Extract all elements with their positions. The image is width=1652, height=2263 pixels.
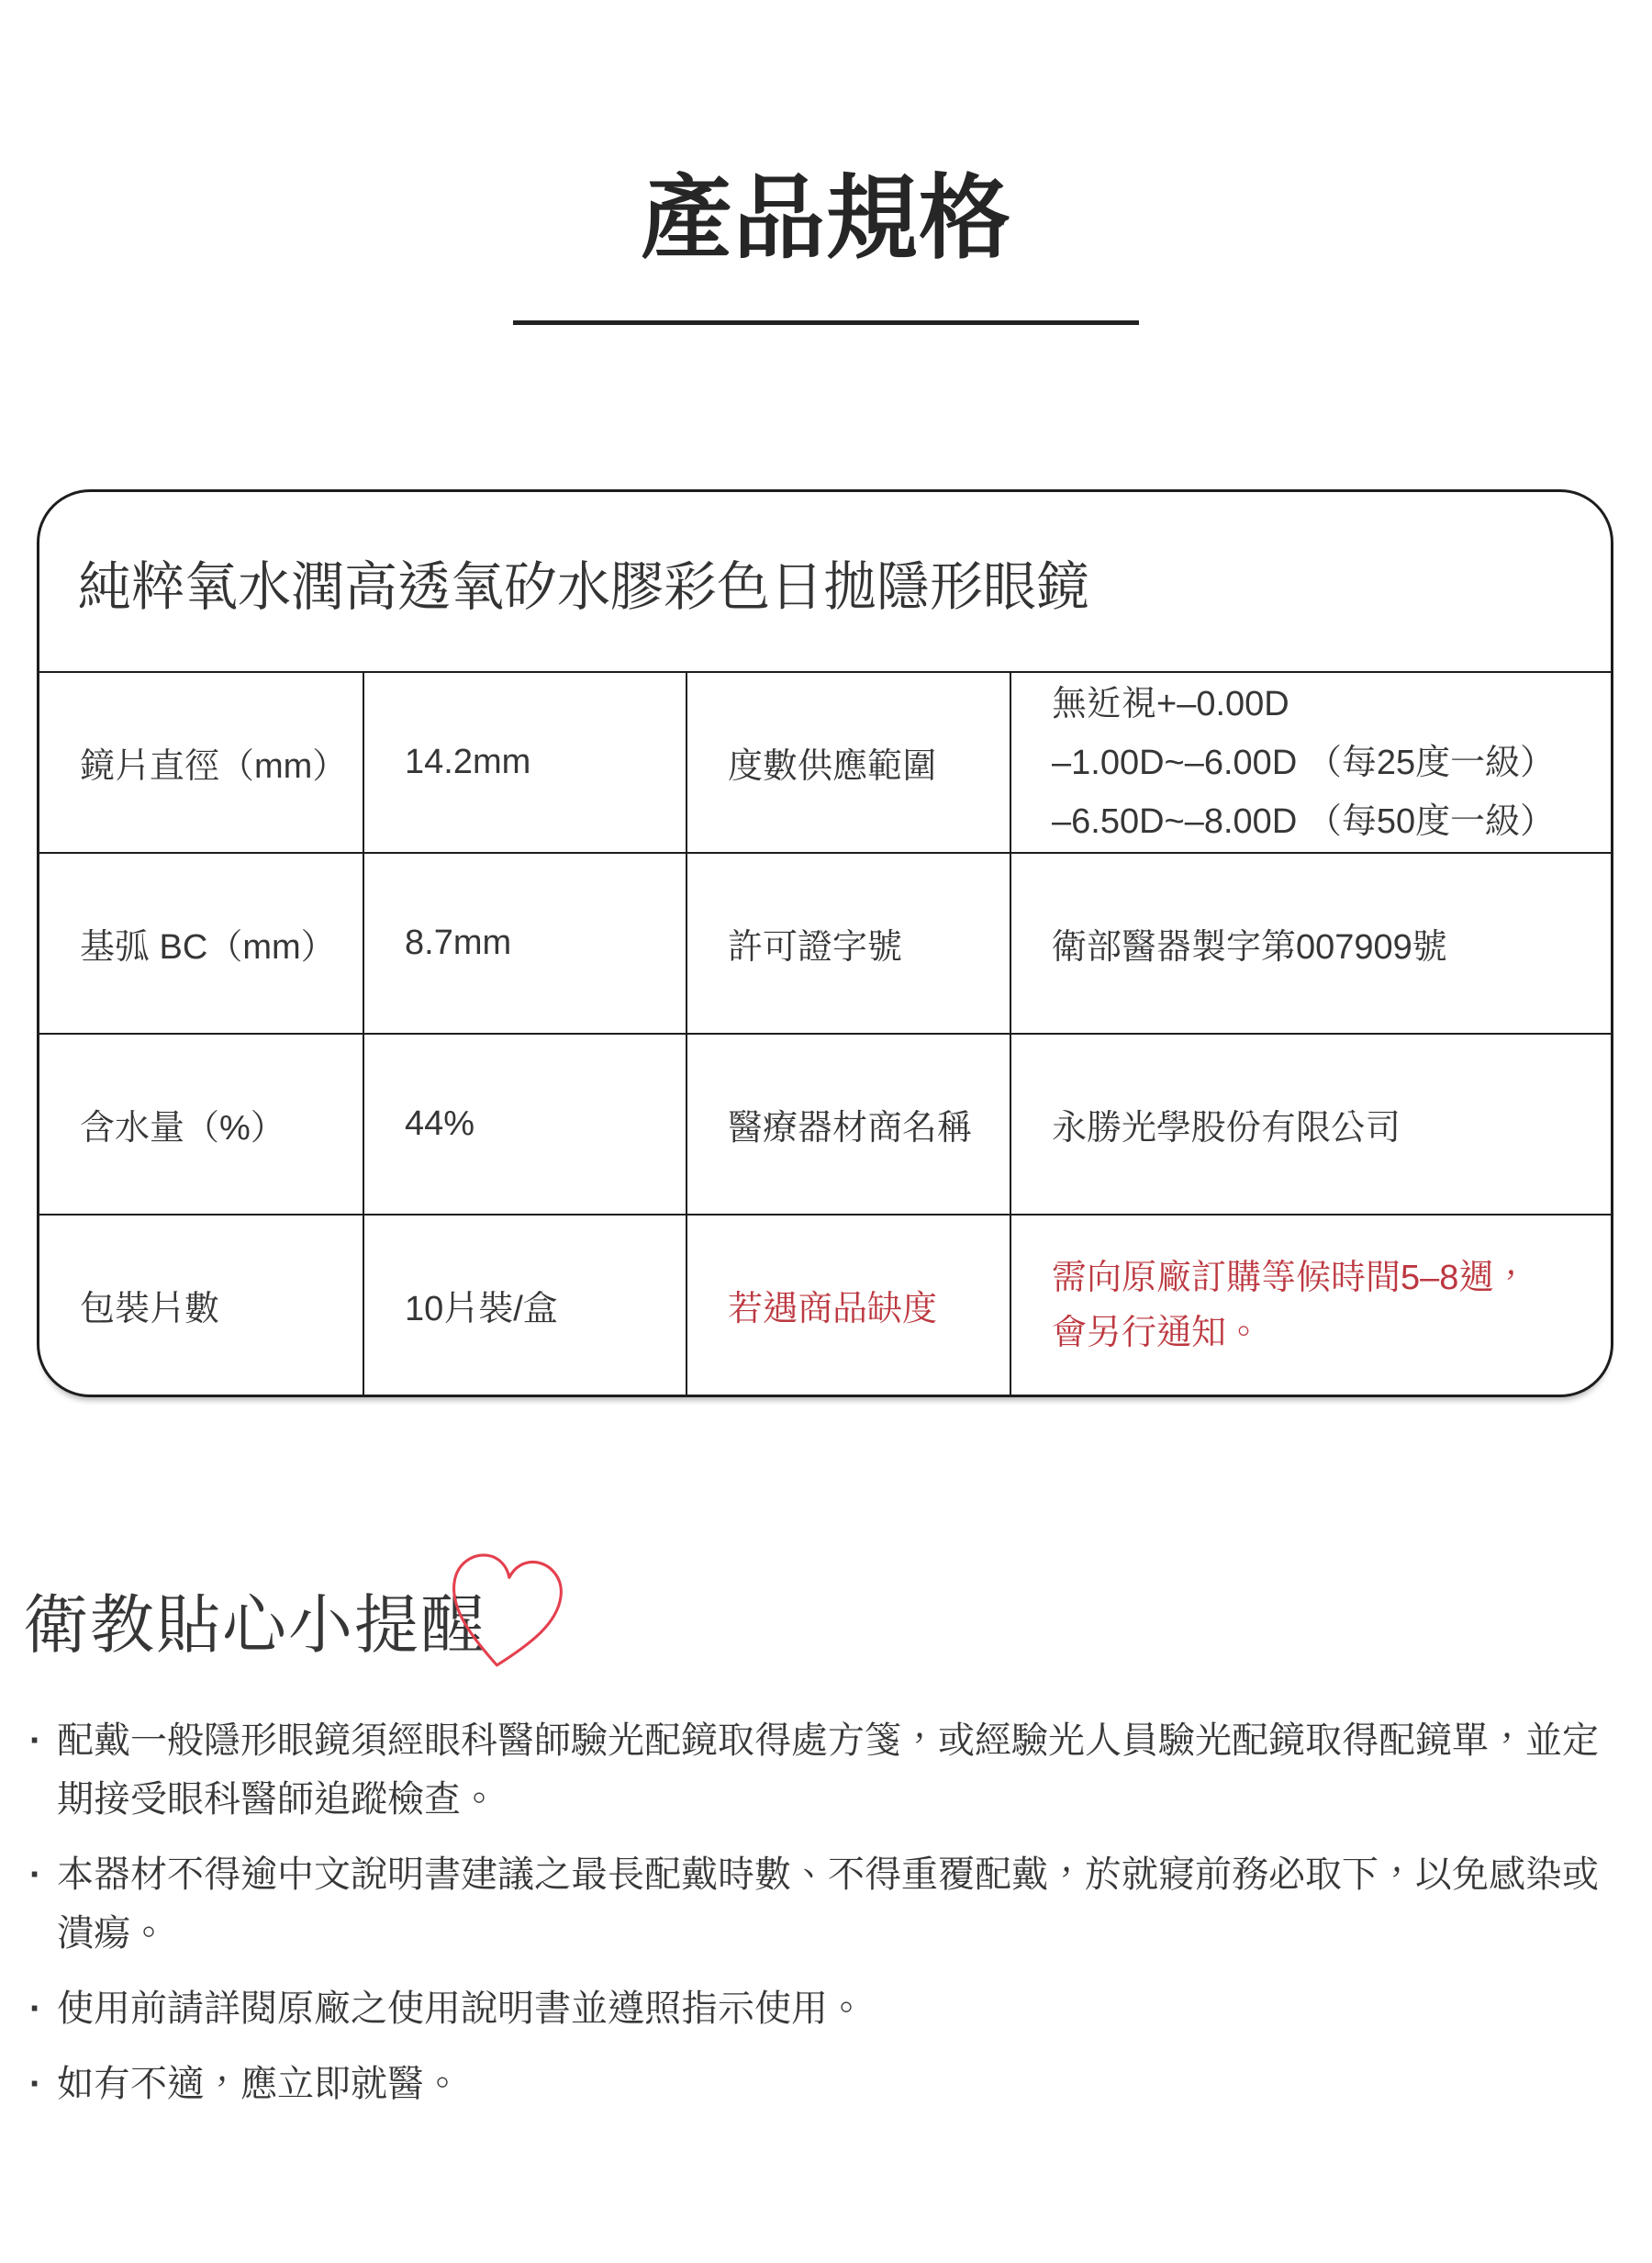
spec-value-vendor-name: 永勝光學股份有限公司 <box>1010 1033 1611 1214</box>
spec-label-lens-diameter: 鏡片直徑（mm） <box>39 671 363 852</box>
spec-value-shortage-notice: 需向原廠訂購等候時間5–8週， 會另行通知。 <box>1010 1214 1611 1395</box>
spec-label-vendor-name: 醫療器材商名稱 <box>686 1033 1010 1214</box>
bullet-icon: · <box>29 1979 41 2038</box>
tip-item-see-doctor: · 如有不適，應立即就醫。 <box>20 2055 1637 2113</box>
tips-list: · 配戴一般隱形眼鏡須經眼科醫師驗光配鏡取得處方箋，或經驗光人員驗光配鏡取得配鏡… <box>20 1711 1637 2130</box>
shortage-notice-line: 會另行通知。 <box>1052 1305 1261 1361</box>
tip-line: 使用前請詳閱原廠之使用說明書並遵照指示使用。 <box>57 1979 1637 2038</box>
tip-line: 期接受眼科醫師追蹤檢查。 <box>57 1770 1637 1829</box>
title-underline <box>513 320 1139 325</box>
product-name-header: 純粹氧水潤高透氧矽水膠彩色日拋隱形眼鏡 <box>39 492 1611 671</box>
power-range-line: 無近視+–0.00D <box>1052 675 1289 734</box>
spec-label-power-range: 度數供應範圍 <box>686 671 1010 852</box>
page-title: 產品規格 <box>0 173 1652 264</box>
tip-line: 潰瘍。 <box>57 1904 1637 1963</box>
tip-item-read-manual: · 使用前請詳閱原廠之使用說明書並遵照指示使用。 <box>20 1979 1637 2038</box>
spec-value-lens-diameter: 14.2mm <box>363 671 686 852</box>
spec-value-power-range: 無近視+–0.00D –1.00D~–6.00D （每25度一級） –6.50D… <box>1010 671 1611 852</box>
bullet-icon: · <box>29 1845 41 1904</box>
spec-label-shortage-notice: 若遇商品缺度 <box>686 1214 1010 1395</box>
bullet-icon: · <box>29 1711 41 1770</box>
spec-value-license-number: 衛部醫器製字第007909號 <box>1010 852 1611 1033</box>
spec-label-license-number: 許可證字號 <box>686 852 1010 1033</box>
spec-label-base-curve: 基弧 BC（mm） <box>39 852 363 1033</box>
spec-label-water-content: 含水量（%） <box>39 1033 363 1214</box>
tips-heading: 衛教貼心小提醒 <box>24 1592 486 1660</box>
tip-line: 本器材不得逾中文說明書建議之最長配戴時數、不得重覆配戴，於就寢前務必取下，以免感… <box>57 1845 1637 1904</box>
bullet-icon: · <box>29 2055 41 2113</box>
spec-value-water-content: 44% <box>363 1033 686 1214</box>
power-range-line: –6.50D~–8.00D （每50度一級） <box>1052 792 1555 851</box>
tip-item-wear-time: · 本器材不得逾中文說明書建議之最長配戴時數、不得重覆配戴，於就寢前務必取下，以… <box>20 1845 1637 1963</box>
page: 產品規格 純粹氧水潤高透氧矽水膠彩色日拋隱形眼鏡 鏡片直徑（mm） 14.2mm… <box>0 0 1652 2263</box>
spec-value-base-curve: 8.7mm <box>363 852 686 1033</box>
tip-line: 如有不適，應立即就醫。 <box>57 2055 1637 2113</box>
spec-label-pack-count: 包裝片數 <box>39 1214 363 1395</box>
power-range-line: –1.00D~–6.00D （每25度一級） <box>1052 734 1555 792</box>
tip-item-prescription: · 配戴一般隱形眼鏡須經眼科醫師驗光配鏡取得處方箋，或經驗光人員驗光配鏡取得配鏡… <box>20 1711 1637 1829</box>
spec-value-pack-count: 10片裝/盒 <box>363 1214 686 1395</box>
shortage-notice-line: 需向原廠訂購等候時間5–8週， <box>1052 1250 1528 1305</box>
tip-line: 配戴一般隱形眼鏡須經眼科醫師驗光配鏡取得處方箋，或經驗光人員驗光配鏡取得配鏡單，… <box>57 1711 1637 1770</box>
spec-table: 純粹氧水潤高透氧矽水膠彩色日拋隱形眼鏡 鏡片直徑（mm） 14.2mm 度數供應… <box>37 489 1613 1397</box>
heart-icon <box>424 1533 585 1698</box>
